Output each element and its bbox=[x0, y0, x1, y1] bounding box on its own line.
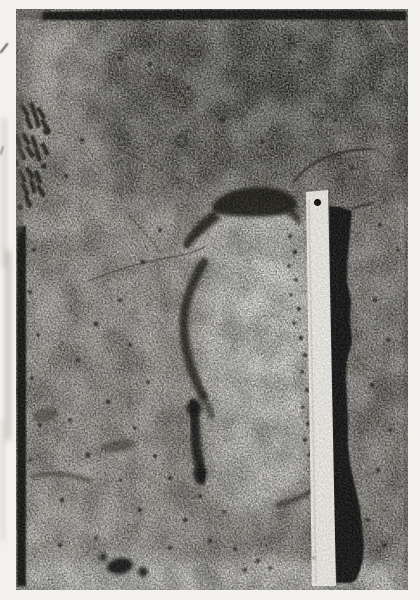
grain-overlay-light bbox=[16, 9, 408, 590]
photo-print bbox=[0, 9, 420, 595]
photograph bbox=[0, 0, 420, 600]
footprint-photo bbox=[0, 0, 420, 600]
